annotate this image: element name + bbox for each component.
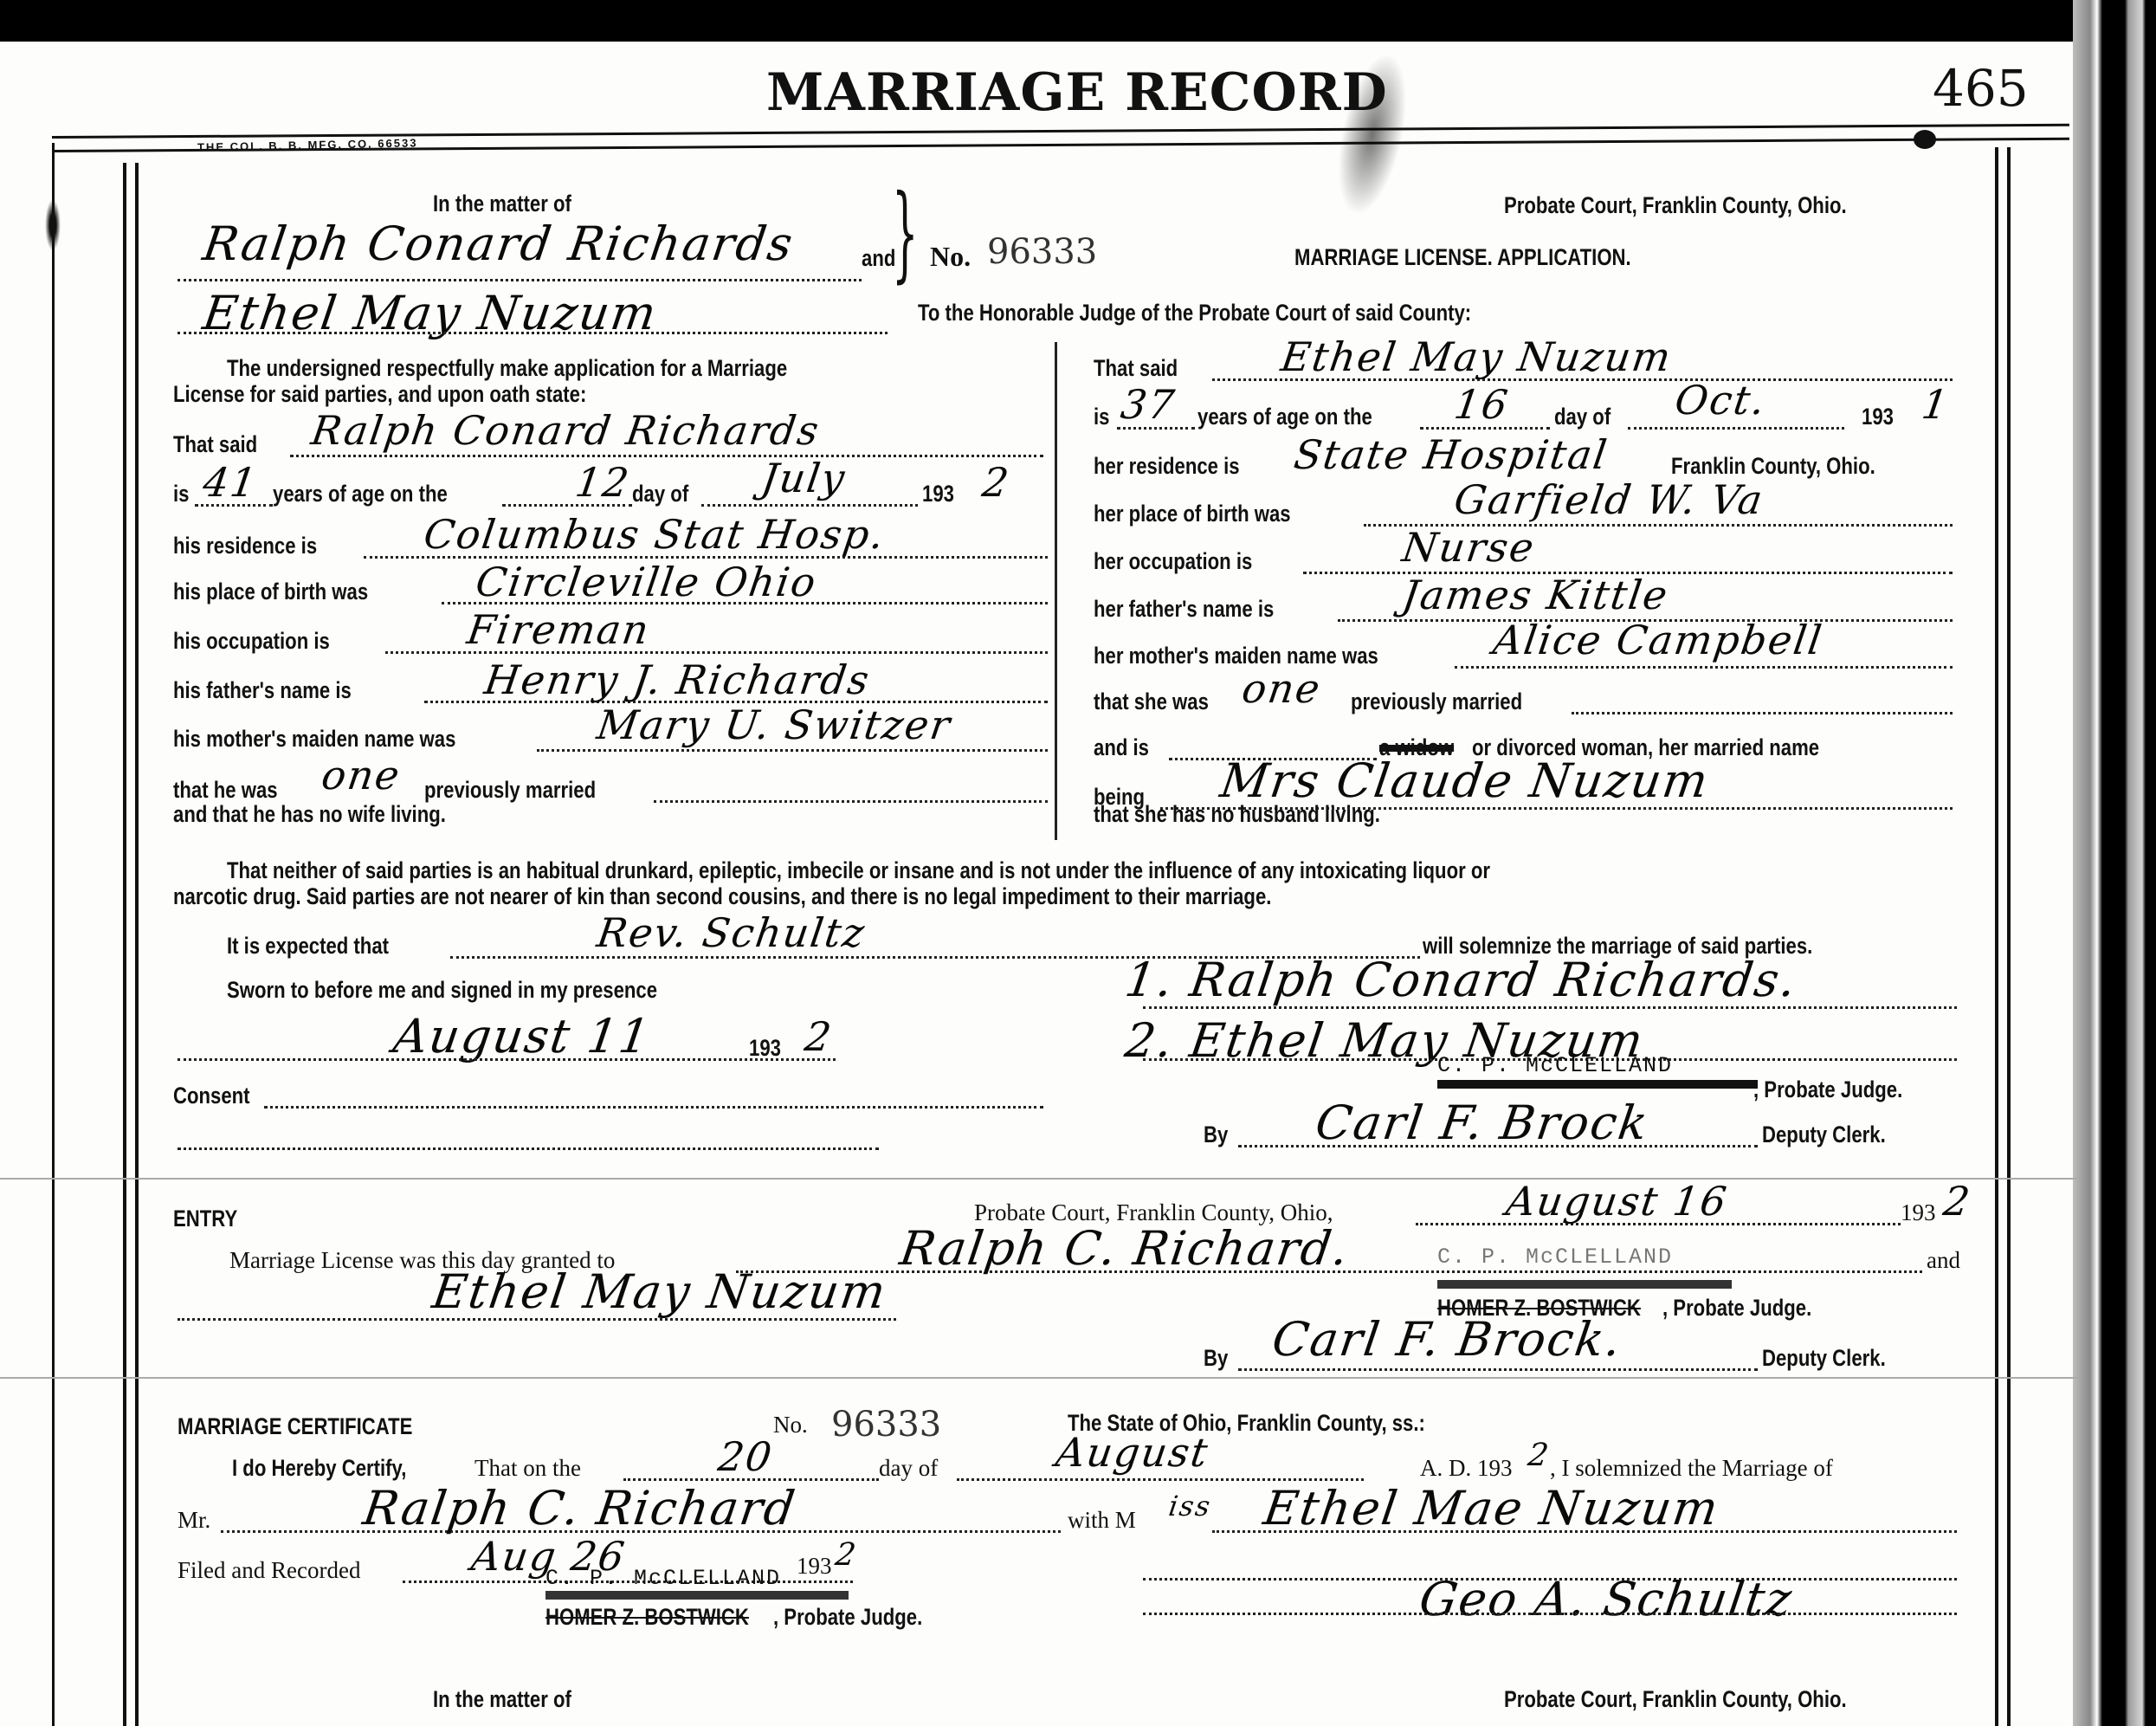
- entry-bride-field: Ethel May Nuzum: [429, 1264, 891, 1319]
- certificate-number-label: No.: [773, 1412, 808, 1438]
- scan-top-edge: [0, 0, 2156, 42]
- section-divider: [0, 1178, 2078, 1180]
- groom-prev-married-field: one: [319, 752, 403, 798]
- certificate-groom-field: Ralph C. Richard: [360, 1481, 800, 1535]
- years-label: years of age on the: [1197, 404, 1372, 430]
- entry-year-field: 2: [1940, 1178, 1974, 1225]
- bride-birthplace-label: her place of birth was: [1094, 501, 1291, 527]
- fill-line: [195, 504, 273, 507]
- and-is-label: and is: [1094, 734, 1149, 761]
- bride-father-label: her father's name is: [1094, 596, 1274, 623]
- application-heading: MARRIAGE LICENSE. APPLICATION.: [1294, 244, 1631, 271]
- signature-line: [1143, 1006, 1957, 1009]
- day-of-label: day of: [1554, 404, 1611, 430]
- fill-line: [178, 332, 888, 334]
- bride-residence-field: State Hospital: [1291, 431, 1611, 478]
- page-binding-line: [52, 143, 55, 1726]
- groom-is-label: is: [173, 481, 189, 507]
- bride-name-field: Ethel May Nuzum: [1278, 333, 1675, 380]
- certificate-judge-printed: HOMER Z. BOSTWICK: [545, 1604, 749, 1631]
- day-of-label: day of: [879, 1455, 938, 1482]
- judge-stamp: C. P. McCLELLAND: [1437, 1244, 1673, 1270]
- page-title: MARRIAGE RECORD: [766, 62, 1388, 123]
- clerk-signature: Carl F. Brock: [1313, 1096, 1653, 1150]
- printer-mark: THE COL. B. B. MFG. CO. 66533: [197, 136, 418, 153]
- judge-stamp: C. P. McCLELLAND: [1437, 1053, 1673, 1078]
- bracket: }: [892, 173, 919, 294]
- year-prefix: 193: [922, 481, 954, 507]
- fill-line: [1572, 712, 1953, 714]
- groom-father-field: Henry J. Richards: [481, 656, 873, 703]
- bride-prev-married-field: one: [1239, 665, 1324, 712]
- fill-line: [290, 455, 1043, 457]
- certify-label: I do Hereby Certify,: [232, 1455, 406, 1482]
- previously-married-label: previously married: [424, 777, 596, 804]
- probate-judge-label: , Probate Judge.: [1662, 1295, 1811, 1322]
- groom-name-field: Ralph Conard Richards: [308, 407, 823, 454]
- probate-judge-label: , Probate Judge.: [1753, 1076, 1902, 1103]
- bride-year-field: 1: [1919, 381, 1953, 428]
- groom-birthplace-field: Circleville Ohio: [473, 559, 820, 605]
- groom-name-handwritten: Ralph Conard Richards: [200, 217, 797, 271]
- miss-suffix-field: iss: [1166, 1490, 1213, 1522]
- stamp-redaction: [1437, 1280, 1732, 1289]
- frame-rule-left-inner: [135, 163, 139, 1726]
- next-court-label: Probate Court, Franklin County, Ohio.: [1504, 1686, 1847, 1713]
- fill-line: [1455, 666, 1953, 669]
- stamp-redaction: [545, 1591, 849, 1600]
- groom-mother-label: his mother's maiden name was: [173, 726, 455, 753]
- sworn-date-field: August 11: [391, 1009, 655, 1063]
- by-label: By: [1204, 1345, 1228, 1372]
- officiant-signature-line: [1143, 1613, 1957, 1615]
- fill-line: [502, 504, 632, 507]
- fill-line: [178, 279, 862, 281]
- entry-heading: ENTRY: [173, 1206, 237, 1232]
- header-rule-top: [52, 124, 2069, 139]
- deputy-clerk-label: Deputy Clerk.: [1762, 1122, 1886, 1148]
- frame-rule-left: [123, 163, 126, 1726]
- no-wife-label: and that he has no wife living.: [173, 801, 446, 828]
- fill-line: [654, 800, 1048, 803]
- scan-right-edge: [2073, 0, 2156, 1726]
- ink-blot: [1914, 130, 1936, 149]
- groom-day-field: 12: [572, 459, 633, 506]
- groom-birthplace-label: his place of birth was: [173, 579, 368, 605]
- intro-line-1: The undersigned respectfully make applic…: [227, 355, 787, 382]
- solemnized-label: , I solemnized the Marriage of: [1550, 1455, 1833, 1482]
- years-label: years of age on the: [273, 481, 448, 507]
- fill-line: [178, 1147, 879, 1150]
- bride-married-name-field: Mrs Claude Nuzum: [1217, 753, 1714, 808]
- by-label: By: [1204, 1122, 1228, 1148]
- entry-year-prefix: 193: [1901, 1199, 1936, 1226]
- certificate-heading: MARRIAGE CERTIFICATE: [178, 1413, 412, 1440]
- intro-line-2: License for said parties, and upon oath …: [173, 381, 586, 408]
- groom-signature: 1. Ralph Conard Richards.: [1122, 953, 1801, 1007]
- in-matter-of-label: In the matter of: [433, 191, 571, 217]
- bride-is-label: is: [1094, 404, 1109, 430]
- fill-line: [178, 1318, 896, 1321]
- and-label: and: [1927, 1247, 1960, 1274]
- groom-father-label: his father's name is: [173, 677, 352, 704]
- filed-year-prefix: 193: [797, 1553, 832, 1580]
- officiant-field: Rev. Schultz: [594, 909, 868, 956]
- bride-birthplace-field: Garfield W. Va: [1451, 476, 1766, 523]
- fill-line: [178, 1058, 836, 1061]
- groom-occupation-field: Fireman: [464, 606, 653, 653]
- bride-father-field: James Kittle: [1399, 572, 1672, 618]
- groom-mother-field: Mary U. Switzer: [594, 701, 954, 748]
- groom-month-field: July: [758, 455, 849, 501]
- no-husband-label: that she has no husband living.: [1094, 801, 1380, 828]
- bride-age-field: 37: [1118, 381, 1178, 428]
- certificate-day-field: 20: [715, 1433, 776, 1480]
- that-on-label: That on the: [474, 1455, 581, 1482]
- probate-judge-label: , Probate Judge.: [773, 1604, 922, 1631]
- next-in-matter-of-label: In the matter of: [433, 1686, 571, 1713]
- entry-groom-field: Ralph C. Richard.: [897, 1221, 1353, 1276]
- and-label: and: [862, 245, 895, 272]
- bride-prev-married-label: that she was: [1094, 688, 1209, 715]
- sworn-label: Sworn to before me and signed in my pres…: [227, 977, 657, 1004]
- certificate-year-field: 2: [1526, 1438, 1552, 1473]
- bride-month-field: Oct.: [1672, 377, 1769, 423]
- officiant-signature: Geo A. Schultz: [1417, 1572, 1797, 1626]
- section-divider: [0, 1377, 2078, 1379]
- year-prefix: 193: [1862, 404, 1894, 430]
- groom-prev-married-label: that he was: [173, 777, 278, 804]
- groom-that-said-label: That said: [173, 431, 257, 458]
- consent-label: Consent: [173, 1083, 250, 1109]
- groom-residence-label: his residence is: [173, 533, 317, 559]
- frame-rule-right-inner: [2007, 147, 2011, 1726]
- bride-residence-label: her residence is: [1094, 453, 1240, 480]
- court-label: Probate Court, Franklin County, Ohio.: [1504, 192, 1847, 219]
- frame-rule-right: [1995, 147, 1998, 1726]
- bride-mother-field: Alice Campbell: [1490, 617, 1826, 663]
- bride-occupation-field: Nurse: [1399, 524, 1538, 571]
- record-number: 96333: [987, 232, 1097, 272]
- deputy-clerk-label: Deputy Clerk.: [1762, 1345, 1886, 1372]
- ad-year-prefix: A. D. 193: [1420, 1455, 1513, 1482]
- column-divider: [1055, 342, 1057, 840]
- filed-recorded-label: Filed and Recorded: [178, 1557, 360, 1584]
- with-label: with M: [1068, 1507, 1136, 1534]
- affidavit-line-1: That neither of said parties is an habit…: [227, 857, 1490, 884]
- bride-day-field: 16: [1451, 381, 1512, 428]
- fill-line: [1238, 1368, 1758, 1371]
- fill-line: [1420, 427, 1550, 430]
- certificate-number: 96333: [831, 1405, 941, 1445]
- day-of-label: day of: [632, 481, 688, 507]
- address-line: To the Honorable Judge of the Probate Co…: [918, 300, 1471, 326]
- record-number-label: No.: [930, 241, 971, 273]
- bride-occupation-label: her occupation is: [1094, 548, 1252, 575]
- struck-judge-name: [1437, 1080, 1758, 1089]
- binding-ink-spots: [45, 199, 61, 251]
- fill-line: [537, 749, 1048, 752]
- groom-residence-field: Columbus Stat Hosp.: [421, 511, 888, 558]
- groom-occupation-label: his occupation is: [173, 628, 330, 655]
- filed-year-field: 2: [833, 1537, 860, 1573]
- fill-line: [264, 1106, 1043, 1109]
- certificate-bride-field: Ethel Mae Nuzum: [1261, 1481, 1723, 1535]
- bride-that-said-label: That said: [1094, 355, 1178, 382]
- sworn-year-field: 2: [802, 1013, 836, 1060]
- page-number: 465: [1933, 59, 2029, 118]
- fill-line: [1628, 427, 1844, 430]
- affidavit-line-2: narcotic drug. Said parties are not near…: [173, 883, 1271, 910]
- previously-married-label: previously married: [1351, 688, 1522, 715]
- entry-date-field: August 16: [1503, 1178, 1731, 1225]
- certificate-month-field: August: [1053, 1429, 1212, 1476]
- entry-clerk-signature: Carl F. Brock.: [1269, 1312, 1626, 1367]
- groom-year-field: 2: [979, 459, 1013, 506]
- expected-label: It is expected that: [227, 933, 389, 960]
- judge-stamp: C. P. McCLELLAND: [545, 1566, 781, 1591]
- mr-label: Mr.: [178, 1507, 210, 1534]
- fill-line: [701, 504, 918, 507]
- bride-mother-label: her mother's maiden name was: [1094, 643, 1378, 669]
- fill-line: [1117, 427, 1195, 430]
- groom-age-field: 41: [200, 459, 261, 506]
